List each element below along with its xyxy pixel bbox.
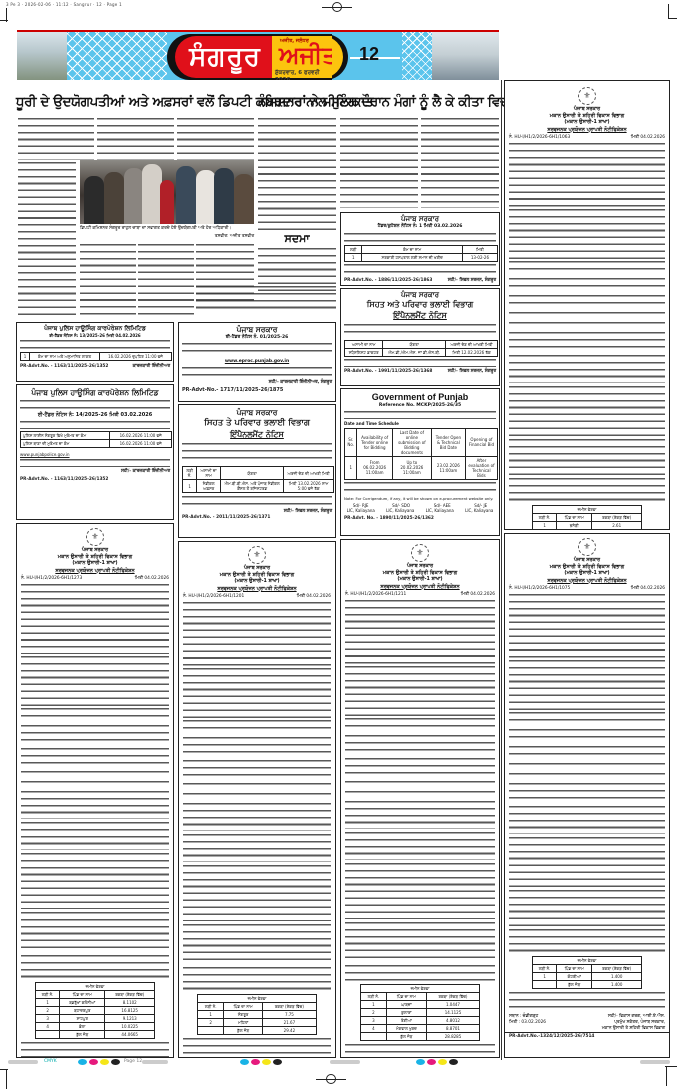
table-cell: Last Date of online submission of Biddin… (392, 428, 431, 456)
story-text (97, 118, 174, 160)
table-cell: ਯੋਗਤਾ (383, 341, 446, 349)
list-item (183, 793, 331, 800)
text-span (640, 1060, 670, 1064)
story-text (18, 162, 76, 270)
notice-punjab-govt: ਪੰਜਾਬ ਸਰਕਾਰ ਈ-ਟੈਂਡਰ ਨੋਟਿਸ ਨੰ. 01/2025-26… (178, 322, 336, 402)
table-cell: ਝਨੇੜੀ (557, 522, 592, 530)
numbered-list (21, 708, 169, 819)
printer-slug: 3 Pe 3 · 2026-02-06 · 11:12 · Sangrur · … (6, 2, 122, 7)
table-cell: ਪਿੰਡ ਦਾ ਨਾਮ (60, 991, 105, 999)
text-span (234, 174, 254, 224)
crop-mark (668, 4, 669, 18)
table-cell: ਸਰਕਾਰੀ ਹਸਪਤਾਲ ਲਈ ਸਮਾਨ ਦੀ ਖਰੀਦ (362, 253, 462, 261)
body-text-block (344, 482, 496, 494)
advt-ref: PR-Advt. No. - 1890/11/2025-26/1362 (341, 514, 499, 524)
table-cell: 13-02-26 (462, 253, 497, 261)
table-cell: 1 (183, 480, 197, 493)
text-span: Note: For Corrigendum, if any, it will b… (341, 496, 499, 501)
table-cell: ਪੁਲਿਸ ਲਾਈਨ ਸੰਗਰੂਰ ਵਿਖੇ ਮੁਰੰਮਤ ਦਾ ਕੰਮ (21, 431, 110, 439)
table-cell: 1 (345, 253, 362, 261)
text-span: LIC, Kaliayana (386, 508, 414, 513)
body-text-block (182, 443, 332, 463)
body-text-block (183, 1038, 331, 1058)
table-cell: 1 (36, 999, 60, 1007)
body-text-block (509, 837, 665, 887)
table-cell: ਰਕਬਾ (ਏਕੜ ਵਿੱਚ) (262, 1003, 316, 1011)
text-span (8, 1060, 38, 1064)
story-headline: ਧੂਰੀ ਦੇ ਉਦਯੋਗਪਤੀਆਂ ਅਤੇ ਅਫ਼ਸਰਾਂ ਵਲੋਂ ਡਿਪਟ… (16, 94, 256, 110)
tender-link[interactable]: www.eproc.punjab.gov.in (179, 359, 335, 365)
body-text-block (509, 992, 665, 1012)
data-table: ਜ਼ਮੀਨ ਵੇਰਵਾ ਲੜੀ ਨੰ.ਪਿੰਡ ਦਾ ਨਾਮਰਕਬਾ (ਏਕੜ … (35, 982, 155, 1039)
story-text (196, 286, 336, 310)
signatory: ਕਾਰਜਕਾਰੀ ਇੰਜੀਨੀਅਰ (133, 364, 170, 370)
cmyk-color-dots (416, 1059, 458, 1065)
list-item (345, 791, 495, 798)
numbered-list (345, 718, 495, 829)
crop-mark (0, 20, 8, 21)
list-item (509, 295, 665, 309)
text-span: ਨੰ. HU-I/H1/2/2026-6H1/1201 (183, 594, 244, 600)
table-cell: ਮੰਗਵਾਲ ਖੁਰਦ (386, 1025, 426, 1033)
table-cell: ਮਹਿਲਾਂ (224, 1019, 262, 1027)
text-span (402, 32, 432, 80)
govt-emblem-icon: ⚜ (248, 546, 266, 564)
list-item (509, 261, 665, 275)
table-cell: 2.61 (592, 522, 642, 530)
table-cell: ਮੈਡੀਕਲ ਅਫ਼ਸਰ (197, 480, 221, 493)
table-cell: ਐਮ.ਡੀ./ਐਮ.ਐਸ. ਜਾਂ ਡੀ.ਐਨ.ਬੀ. (383, 349, 446, 357)
text-span: ਮਿਤੀ 04.02.2026 (631, 135, 665, 141)
advt-ref: PR-Advt-No.- 1717/11/2025-26/1875 (179, 387, 335, 394)
body-text-block (509, 386, 665, 436)
notice-government-of-punjab: Government of Punjab Reference No. MCKP/… (340, 388, 500, 536)
text-span: PR-Advt.No. - 1886/11/2025-26/1863 ਸਹੀ/-… (341, 278, 499, 284)
notice-police-housing-2: ਪੰਜਾਬ ਪੁਲਿਸ ਹਾਊਸਿੰਗ ਕਾਰਪੋਰੇਸ਼ਨ ਲਿਮਿਟਿਡ ਈ… (16, 384, 174, 520)
notice-heading: ਪੰਜਾਬ ਸਰਕਾਰ (179, 408, 335, 418)
notice-heading: ਸਰਵਜਨਕ ਪ੍ਰਯੋਜਨ ਪ੍ਰਾਪਤੀ ਨੋਟੀਫਿਕੇਸ਼ਨ (17, 568, 173, 575)
notice-heading: ਸਿਹਤ ਅਤੇ ਪਰਿਵਾਰ ਭਲਾਈ ਵਿਭਾਗ (341, 300, 499, 311)
text-span: ਨੰ. HU-I/H1/2/2026-6H1/1201ਮਿਤੀ 04.02.20… (179, 592, 335, 602)
list-item (183, 737, 331, 757)
table-cell: ਸ਼ਾਹਪੁਰ (60, 1015, 105, 1023)
notice-tender: ਪੰਜਾਬ ਸਰਕਾਰ ਟੈਂਡਰ/ਕੁਟੇਸ਼ਨ ਨੋਟਿਸ ਨੰ: 1 ਮਿ… (340, 212, 500, 286)
advt-ref: PR-Advt.No. - 2011/11/2025-26/1371 (179, 515, 335, 521)
body-text-block (183, 865, 331, 921)
table-cell: 4 (36, 1023, 60, 1031)
numbered-list (509, 712, 665, 803)
body-text-block (183, 924, 331, 964)
body-text-block (344, 359, 496, 367)
table-cell: 16.02.2026 11:00 ਵਜੇ (110, 439, 172, 447)
masthead: ਸੰਗਰੂਰ ਅਜੀਤ, ਜਲੰਧਰ ਅਜੀਤ ਸ਼ੁੱਕਰਵਾਰ, 6 ਫਰਵ… (17, 30, 332, 80)
table-cell: ਕੁਲਾਰਾਂ (386, 1009, 426, 1017)
text-span: PR-Advt.No. - 1991/11/2025-26/1368 ਸਹੀ/-… (341, 369, 499, 375)
body-text-block (21, 822, 169, 850)
story-headline: ਨੰਬਰਦਾਰਾਂ ਨੇ ਮੀਟਿੰਗ ਦੌਰਾਨ ਮੰਗਾਂ ਨੂੰ ਲੈ ਕ… (258, 94, 501, 110)
notice-heading: ਇੰਪੈਨਲਮੈਂਟ ਨੋਟਿਸ (341, 311, 499, 322)
table-cell: 8.1102 (105, 999, 155, 1007)
notice-heading: ਈ-ਟੈਂਡਰ ਨੋਟਿਸ ਨੰ: 13/2025-26 ਮਿਤੀ 04.02.… (17, 333, 173, 338)
data-table: ਜ਼ਮੀਨ ਵੇਰਵਾ ਲੜੀ ਨੰ.ਪਿੰਡ ਦਾ ਨਾਮਰਕਬਾ (ਏਕੜ … (360, 984, 480, 1041)
table-cell: 16.8125 (105, 1007, 155, 1015)
table-cell: ਪਿੰਡ ਦਾ ਨਾਮ (557, 514, 592, 522)
notice-heading: Government of Punjab (341, 391, 499, 403)
notice-police-housing-1: ਪੰਜਾਬ ਪੁਲਿਸ ਹਾਊਸਿੰਗ ਕਾਰਪੋਰੇਸ਼ਨ ਲਿਮਿਟਿਡ ਈ… (16, 322, 174, 382)
text-span (214, 168, 234, 224)
masthead-city: ਸੰਗਰੂਰ (175, 36, 275, 78)
body-text-block (344, 411, 496, 419)
crop-mark (316, 1079, 346, 1080)
govt-emblem-icon: ⚜ (578, 538, 596, 556)
crop-mark (6, 1070, 7, 1089)
text-span: ਮਿਤੀ 04.02.2026 (297, 594, 331, 600)
crop-mark (668, 18, 677, 19)
table-cell: ਪਿੰਡ ਦਾ ਨਾਮ (224, 1003, 262, 1011)
notice-health-empanelment-1: ਪੰਜਾਬ ਸਰਕਾਰ ਸਿਹਤ ਤੇ ਪਰਿਵਾਰ ਭਲਾਈ ਵਿਭਾਗ ਇੰ… (178, 404, 336, 538)
table-cell: ਜ਼ਮੀਨ ਵੇਰਵਾ (361, 985, 480, 993)
body-text-block (345, 863, 495, 919)
table-cell: ਮਿਤੀ (462, 245, 497, 253)
table-cell: Opening of Financial Bid (465, 428, 497, 456)
table-cell: ਕੁੱਲ ਜੋੜ (386, 1033, 426, 1041)
table-cell: ਕੰਮ ਦਾ ਨਾਮ (362, 245, 462, 253)
table-cell: 23.02.2026 11:00am (431, 456, 465, 479)
table-cell: ਅਸਾਮੀ ਦਾ ਨਾਮ (345, 341, 383, 349)
list-item (509, 322, 665, 329)
story-text (340, 118, 418, 208)
body-text-block (183, 967, 331, 991)
text-span (89, 1059, 98, 1065)
body-text-block (21, 1042, 169, 1058)
table-cell: ਕੁੱਲ ਜੋੜ (224, 1027, 262, 1035)
body-text-block (509, 439, 665, 475)
text-span: ਮਿਤੀ : 03.02.2026 (509, 1020, 546, 1026)
cmyk-color-dots (240, 1059, 282, 1065)
text-span (416, 1059, 425, 1065)
notice-heading: Reference No. MCKP/2025-26/35 (341, 403, 499, 409)
list-item (509, 278, 665, 292)
table-cell: 1 (198, 1011, 224, 1019)
data-table: ਜ਼ਮੀਨ ਵੇਰਵਾ ਲੜੀ ਨੰ.ਪਿੰਡ ਦਾ ਨਾਮਰਕਬਾ (ਏਕੜ … (197, 994, 317, 1035)
body-text-block (21, 912, 169, 952)
column-rule (501, 80, 502, 1060)
table-cell: ਲੜੀ (345, 245, 362, 253)
table-cell: ਲੜੀ ਨੰ. (183, 467, 197, 480)
body-text-block (509, 594, 665, 658)
text-span (100, 1059, 109, 1065)
table-cell: 2 (36, 1007, 60, 1015)
notice-heading: ਸਰਵਜਨਕ ਪ੍ਰਯੋਜਨ ਪ੍ਰਾਪਤੀ ਨੋਟੀਫਿਕੇਸ਼ਨ (179, 586, 335, 593)
list-item (345, 735, 495, 755)
body-text-block (345, 832, 495, 860)
list-item (509, 729, 665, 743)
table-cell: Tender Open & Technical Bid Date (431, 428, 465, 456)
table-cell: ਬਡਰੁੱਖਾਂ ਕਲੋਨੀਆਂ (60, 999, 105, 1007)
notice-heading: ਸਰਵਜਨਕ ਪ੍ਰਯੋਜਨ ਪ੍ਰਾਪਤੀ ਨੋਟੀਫਿਕੇਸ਼ਨ (341, 584, 499, 591)
list-item (21, 708, 169, 722)
table-cell: 9.1213 (105, 1015, 155, 1023)
table-cell: ਜ਼ਮੀਨ ਵੇਰਵਾ (533, 506, 642, 514)
signatory: ਸਹੀ/- ਕਾਰਜਕਾਰੀ ਇੰਜੀਨੀਅਰ, ਸੰਗਰੂਰ (179, 379, 335, 387)
notice-heading: ਪੰਜਾਬ ਪੁਲਿਸ ਹਾਊਸਿੰਗ ਕਾਰਪੋਰੇਸ਼ਨ ਲਿਮਿਟਿਡ (17, 388, 173, 398)
notice-land-acquisition: ⚜ ਪੰਜਾਬ ਸਰਕਾਰ ਮਕਾਨ ਉਸਾਰੀ ਤੇ ਸ਼ਹਿਰੀ ਵਿਕਾਸ… (504, 80, 670, 530)
numbered-list (509, 261, 665, 352)
table-cell (533, 981, 557, 989)
advt-ref: PR-Advt.No.-1324/12/2025-26/7514 (505, 1032, 669, 1041)
text-span: ਨੰ. HU-I/H1/2/2026-6H1/1211 (345, 592, 406, 598)
text-span: LIC, Kaliayana (347, 508, 375, 513)
table-cell: 21.67 (262, 1019, 316, 1027)
text-span: ਮਿਤੀ 04.02.2026 (461, 592, 495, 598)
text-span: LIC, Kaliayana (426, 508, 454, 513)
body-text-block (20, 421, 170, 429)
crop-mark (666, 1066, 667, 1086)
body-text-block (509, 806, 665, 834)
table-cell: 10.0225 (105, 1023, 155, 1031)
list-item (509, 746, 665, 760)
table-cell (198, 1027, 224, 1035)
govt-emblem-icon: ⚜ (86, 528, 104, 546)
text-span (160, 180, 174, 224)
text-span (111, 1059, 120, 1065)
notice-heading: ਇੰਪੈਨਲਮੈਂਟ ਨੋਟਿਸ (179, 430, 335, 441)
table-cell: ਲੜੀ ਨੰ. (533, 965, 557, 973)
story-text (80, 244, 136, 320)
table-cell: 7.75 (262, 1011, 316, 1019)
table-cell: 1.0447 (426, 1001, 479, 1009)
table-cell: ਕੁੱਲ ਜੋੜ (557, 981, 592, 989)
body-text-block (344, 233, 496, 243)
list-item (509, 763, 665, 770)
body-text-block (509, 209, 665, 259)
text-span: ਨੰ. HU-I/H1/2/2026-6H1/1063ਮਿਤੀ 04.02.20… (505, 133, 669, 143)
body-text-block (21, 656, 169, 706)
text-span: ਨੰ. HU-I/H1/2/2026-6H1/1075ਮਿਤੀ 04.02.20… (505, 584, 669, 594)
table-cell: 3 (361, 1017, 387, 1025)
table-cell (36, 1031, 60, 1039)
text-span: ਨੰ. HU-I/H1/2/2026-6H1/1075 (509, 586, 570, 592)
advt-ref: PR-Advt.No. - 1886/11/2025-26/1863 (344, 278, 432, 284)
body-text-block (509, 143, 665, 207)
data-table: ਪੁਲਿਸ ਲਾਈਨ ਸੰਗਰੂਰ ਵਿਖੇ ਮੁਰੰਮਤ ਦਾ ਕੰਮ16.0… (20, 431, 172, 448)
table-cell: ਲੜੀ ਨੰ. (36, 991, 60, 999)
table-cell (361, 1033, 387, 1041)
list-item (21, 725, 169, 745)
data-table: 1ਕੰਮ ਦਾ ਨਾਮ ਅਤੇ ਅਨੁਮਾਨਿਤ ਲਾਗਤ16.02.2026 … (20, 352, 172, 361)
text-span (251, 1059, 260, 1065)
list-item (509, 773, 665, 780)
table-cell: ਮਿਤੀ 13.02.2026 ਸ਼ਾਮ 5:00 ਵਜੇ ਤੱਕ (284, 480, 334, 493)
body-text-block (345, 600, 495, 664)
advt-ref: PR-Advt.No. - 1163/11/2025-26/1352 (17, 477, 173, 483)
body-text-block (182, 367, 332, 377)
notice-land-acquisition: ⚜ ਪੰਜਾਬ ਸਰਕਾਰ ਮਕਾਨ ਉਸਾਰੀ ਤੇ ਸ਼ਹਿਰੀ ਵਿਕਾਸ… (16, 523, 174, 1058)
body-text-block (345, 1044, 495, 1058)
notice-land-acquisition: ⚜ ਪੰਜਾਬ ਸਰਕਾਰ ਮਕਾਨ ਉਸਾਰੀ ਤੇ ਸ਼ਹਿਰੀ ਵਿਕਾਸ… (340, 539, 500, 1058)
table-cell: 1 (21, 353, 30, 361)
story-text (18, 272, 76, 320)
table-cell: ਪਿੰਡ ਦਾ ਨਾਮ (386, 993, 426, 1001)
table-cell: ਰੰਗੀਆਂ (386, 1017, 426, 1025)
list-item (183, 720, 331, 734)
crop-mark (322, 7, 352, 8)
table-cell: 8.8701 (426, 1025, 479, 1033)
body-text-block (509, 890, 665, 926)
list-item (345, 781, 495, 788)
story-text (177, 118, 254, 160)
data-table: ਜ਼ਮੀਨ ਵੇਰਵਾ ਲੜੀ ਨੰ.ਪਿੰਡ ਦਾ ਨਾਮਰਕਬਾ (ਏਕੜ … (532, 956, 642, 989)
table-cell: 28.8285 (426, 1033, 479, 1041)
table-cell: ਸੰਗਰੂਰ (224, 1011, 262, 1019)
table-cell: ਭੋਲਾ (60, 1023, 105, 1031)
cmyk-label: CMYK (44, 1059, 57, 1065)
text-span: ਨੰ. HU-I/H1/2/2026-6H1/1273 (21, 576, 82, 582)
table-cell: ਬਹਾਦਰਪੁਰ (60, 1007, 105, 1015)
text-span (84, 176, 104, 224)
body-text-block (183, 834, 331, 862)
text-span: ਨੰ. HU-I/H1/2/2026-6H1/1063 (509, 135, 570, 141)
body-text-block (183, 668, 331, 718)
data-table: Sr. No.Availability of Tender online for… (344, 428, 498, 480)
story-text (138, 244, 194, 320)
table-cell: ਰਕਬਾ (ਏਕੜ ਵਿੱਚ) (592, 965, 642, 973)
table-cell: ਅਸਾਮੀ ਦਾ ਨਾਮ (197, 467, 221, 480)
table-cell: 2 (198, 1019, 224, 1027)
table-cell: ਰਕਬਾ (ਏਕੜ ਵਿੱਚ) (426, 993, 479, 1001)
table-cell: ਲੜੀ ਨੰ. (198, 1003, 224, 1011)
table-cell: 16.02.2026 ਦੁਪਹਿਰ 11:00 ਵਜੇ (99, 353, 171, 361)
photo-caption: ਡਿਪਟੀ ਕਮਿਸ਼ਨਰ ਸੰਗਰੂਰ ਰਾਹੁਲ ਚਾਬਾ ਦਾ ਸਵਾਗਤ… (80, 226, 254, 232)
text-span (449, 1059, 458, 1065)
table-cell: 1.400 (592, 981, 642, 989)
masthead-right: 12 (332, 30, 499, 80)
body-text-block (509, 929, 665, 953)
notice-heading: ਸਰਵਜਨਕ ਪ੍ਰਯੋਜਨ ਪ੍ਰਾਪਤੀ ਨੋਟੀਫਿਕੇਸ਼ਨ (505, 578, 669, 585)
text-span (262, 1059, 271, 1065)
table-cell: ਜ਼ਮੀਨ ਵੇਰਵਾ (533, 957, 642, 965)
table-cell: ਅਰਜ਼ੀ ਦੇਣ ਦੀ ਆਖਰੀ ਮਿਤੀ (446, 341, 498, 349)
signatory: ਸਹੀ/- ਸਿਵਲ ਸਰਜਨ, ਸੰਗਰੂਰ (448, 278, 496, 284)
body-text-block (20, 340, 170, 350)
body-text-block (344, 264, 496, 276)
table-cell: ਯੋਗਤਾ (220, 467, 283, 480)
cmyk-color-dots (78, 1059, 120, 1065)
masthead-date: ਸ਼ੁੱਕਰਵਾਰ, 6 ਫਰਵਰੀ 2026 (275, 70, 332, 80)
data-table: ਜ਼ਮੀਨ ਵੇਰਵਾ ਲੜੀ ਨੰ.ਪਿੰਡ ਦਾ ਨਾਮਰਕਬਾ (ਏਕੜ … (532, 505, 642, 530)
notice-heading: ਈ-ਟੈਂਡਰ ਨੋਟਿਸ ਨੰ. 01/2025-26 (179, 335, 335, 341)
table-cell: 1 (533, 522, 557, 530)
page-number: 12 (359, 42, 379, 66)
table-cell: ਜ਼ਮੀਨ ਵੇਰਵਾ (198, 995, 317, 1003)
govt-emblem-icon: ⚜ (578, 87, 596, 105)
text-span: PR-Advt.No. - 1163/11/2025-26/1352 ਕਾਰਜਕ… (17, 361, 173, 370)
body-text-block (509, 478, 665, 502)
list-item (183, 760, 331, 780)
notice-heading: ਟੈਂਡਰ/ਕੁਟੇਸ਼ਨ ਨੋਟਿਸ ਨੰ: 1 ਮਿਤੀ 03.02.202… (341, 224, 499, 230)
data-table: ਲੜੀ ਨੰ.ਅਸਾਮੀ ਦਾ ਨਾਮਯੋਗਤਾਅਰਜ਼ੀ ਦੇਣ ਦੀ ਆਖਰ… (182, 466, 334, 493)
table-cell: 16.02.2026 11:00 ਵਜੇ (110, 431, 172, 439)
table-cell: Up to 20.02.2026 11:00am (392, 456, 431, 479)
table-cell: Sr. No. (345, 428, 357, 456)
numbered-list (183, 720, 331, 831)
list-item (21, 791, 169, 819)
table-cell: 29.42 (262, 1027, 316, 1035)
list-item (183, 803, 331, 831)
table-cell: ਲੜੀ ਨੰ. (533, 514, 557, 522)
body-text-block (509, 355, 665, 383)
crop-mark (665, 1066, 677, 1067)
advt-ref: PR-Advt.No. - 1163/11/2025-26/1352 (20, 364, 108, 370)
table-cell: ਰਕਬਾ (ਏਕੜ ਵਿੱਚ) (592, 514, 642, 522)
page-label: Page 12 (124, 1059, 142, 1065)
crop-mark (0, 1069, 8, 1070)
masthead-photo-left (17, 32, 67, 80)
list-item (21, 781, 169, 788)
table-cell: 1.400 (592, 973, 642, 981)
story-text (421, 118, 499, 208)
list-item (345, 758, 495, 778)
text-span (427, 1059, 436, 1065)
list-item (345, 718, 495, 732)
masthead-pattern (67, 32, 167, 80)
body-text-block (21, 853, 169, 909)
data-table: ਅਸਾਮੀ ਦਾ ਨਾਮਯੋਗਤਾਅਰਜ਼ੀ ਦੇਣ ਦੀ ਆਖਰੀ ਮਿਤੀ … (344, 340, 498, 357)
notice-heading: ਸਰਵਜਨਕ ਪ੍ਰਯੋਜਨ ਪ੍ਰਾਪਤੀ ਨੋਟੀਫਿਕੇਸ਼ਨ (505, 127, 669, 134)
signatory: ਸਹੀ/- ਕਾਰਜਕਾਰੀ ਇੰਜੀਨੀਅਰ (17, 467, 173, 477)
story-text (18, 118, 94, 160)
text-span: ਨੰ. HU-I/H1/2/2026-6H1/1273ਮਿਤੀ 04.02.20… (17, 574, 173, 584)
text-span: ਨੰ. HU-I/H1/2/2026-6H1/1211ਮਿਤੀ 04.02.20… (341, 590, 499, 600)
table-cell: From 06.02.2026 11:00am (357, 456, 392, 479)
table-cell: ਮਿਤੀ 12.02.2026 ਤੱਕ (446, 349, 498, 357)
advt-ref: PR-Advt.No. - 1991/11/2025-26/1368 (344, 369, 432, 375)
body-text-block (182, 496, 332, 506)
table-cell: 1 (345, 456, 357, 479)
body-text-block (20, 400, 170, 410)
body-text-block (183, 602, 331, 666)
text-span: ਮਿਤੀ 04.02.2026 (135, 576, 169, 582)
text-span (142, 164, 162, 224)
table-cell: 44.0665 (105, 1031, 155, 1039)
tender-link[interactable]: www.punjabpolice.gov.in (17, 450, 173, 459)
story-text (258, 118, 336, 230)
table-cell: Availability of Tender online for Biddin… (357, 428, 392, 456)
obituary-heading: ਸਦਮਾ (258, 232, 336, 247)
body-text-block (182, 343, 332, 357)
text-span: Date and Time Schedule (341, 421, 499, 426)
list-item (183, 783, 331, 790)
table-cell: After evaluation of Technical Bids (465, 456, 497, 479)
body-text-block (21, 955, 169, 979)
text-span (142, 1060, 168, 1064)
govt-emblem-icon: ⚜ (411, 544, 429, 562)
text-span (330, 1060, 360, 1064)
list-item (21, 771, 169, 778)
text-span: LIC, Kaliayana (465, 508, 493, 513)
notice-heading: ਪੰਜਾਬ ਸਰਕਾਰ (179, 325, 335, 335)
data-table: ਲੜੀਕੰਮ ਦਾ ਨਾਮਮਿਤੀ 1ਸਰਕਾਰੀ ਹਸਪਤਾਲ ਲਈ ਸਮਾਨ… (344, 245, 498, 262)
list-item (345, 801, 495, 829)
list-item (509, 312, 665, 319)
notice-heading: ਪੰਜਾਬ ਪੁਲਿਸ ਹਾਊਸਿੰਗ ਕਾਰਪੋਰੇਸ਼ਨ ਲਿਮਿਟਿਡ (17, 325, 173, 333)
table-cell: 1 (361, 1001, 387, 1009)
text-span: ਪ੍ਰਮੁੱਖ ਸਕੱਤਰ, ਪੰਜਾਬ ਸਰਕਾਰ, (614, 1020, 665, 1026)
notice-land-acquisition: ⚜ ਪੰਜਾਬ ਸਰਕਾਰ ਮਕਾਨ ਉਸਾਰੀ ਤੇ ਸ਼ਹਿਰੀ ਵਿਕਾਸ… (178, 541, 336, 1058)
list-item (509, 712, 665, 726)
table-cell: ਘਾਬਦਾਂ (386, 1001, 426, 1009)
notice-heading: ਸਿਹਤ ਤੇ ਪਰਿਵਾਰ ਭਲਾਈ ਵਿਭਾਗ (179, 418, 335, 429)
